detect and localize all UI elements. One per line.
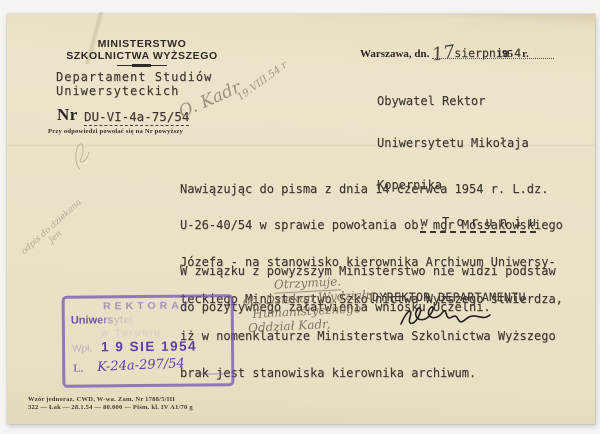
ministry-letterhead: MINISTERSTWO SZKOLNICTWA WYŻSZEGO	[57, 38, 227, 62]
printer-imprint: Wzór jednoraz. CWD, W-wa. Zam. Nr 1788/5…	[28, 396, 193, 412]
stamp-received-label: Wpł.	[72, 343, 92, 354]
pencil-note-date: 19.VIII.54 r	[235, 60, 289, 103]
recipient-line2: Uniwersytetu Mikołaja	[377, 136, 536, 150]
body-line: U-26-40/54 w sprawie powołania ob. mgr M…	[180, 219, 563, 231]
stamp-ref-rule	[197, 373, 225, 374]
department-line2: Uniwersyteckich	[56, 85, 212, 99]
recipient-line1: Obywatel Rektor	[377, 94, 536, 108]
body-line: Nawiązując do pisma z dnia 14 czerwca 19…	[180, 183, 563, 195]
imprint-line1: Wzór jednoraz. CWD, W-wa. Zam. Nr 1788/5…	[28, 396, 193, 404]
department-name: Departament Studiów Uniwersyteckich	[56, 71, 212, 98]
department-line1: Departament Studiów	[56, 71, 212, 85]
reference-label: Nr	[57, 105, 78, 125]
scanned-letter-page: MINISTERSTWO SZKOLNICTWA WYŻSZEGO Depart…	[0, 0, 600, 434]
dateline-year-printed: 195	[497, 48, 514, 60]
stamp-city-faded: w Toruniu	[101, 328, 162, 340]
imprint-line2: 322 — Łak — 28.1.54 — 80.000 — Piśm. kl.…	[28, 404, 193, 412]
body-line: brak jest stanowiska kierownika archiwum…	[180, 367, 563, 379]
reply-reference-note: Przy odpowiedzi powołać się na Nr powyżs…	[48, 128, 183, 135]
stamp-ref-label: L.	[73, 363, 83, 375]
ministry-name-line2: SZKOLNICTWA WYŻSZEGO	[57, 50, 227, 62]
director-signature	[395, 300, 495, 334]
stamp-received-date: 1 9 SIE 1954	[101, 339, 197, 355]
dateline-suffix: r.	[522, 48, 529, 60]
dateline-year-typed: 4	[514, 46, 521, 60]
dateline-day-handwritten: 17	[431, 41, 457, 65]
handwritten-distribution-note: Otrzymuje. ob. Dziekan Wydziału Humanist…	[242, 274, 376, 336]
rektorat-received-stamp: REKTORAT Uniwersytet w Toruniu Wpł. 1 9 …	[62, 294, 235, 387]
dateline: Warszawa, dn.17sierpnia1954r.	[360, 41, 529, 62]
dateline-place: Warszawa, dn.	[360, 48, 429, 60]
letter-paper: MINISTERSTWO SZKOLNICTWA WYŻSZEGO Depart…	[7, 14, 595, 424]
margin-note-line1: odpis do dziekana	[19, 176, 107, 257]
reference-number: DU-VI-4a-75/54	[84, 109, 189, 126]
letterhead-divider	[117, 65, 167, 66]
stamp-office-name: REKTORAT	[65, 299, 231, 312]
stamp-university-name: Uniwersytet	[71, 314, 133, 327]
margin-pencil-note: odpis do dziekana Jen	[19, 176, 114, 264]
stamp-ref-number-handwritten: K-24a-297/54	[97, 356, 185, 375]
ministry-name-line1: MINISTERSTWO	[57, 38, 227, 50]
